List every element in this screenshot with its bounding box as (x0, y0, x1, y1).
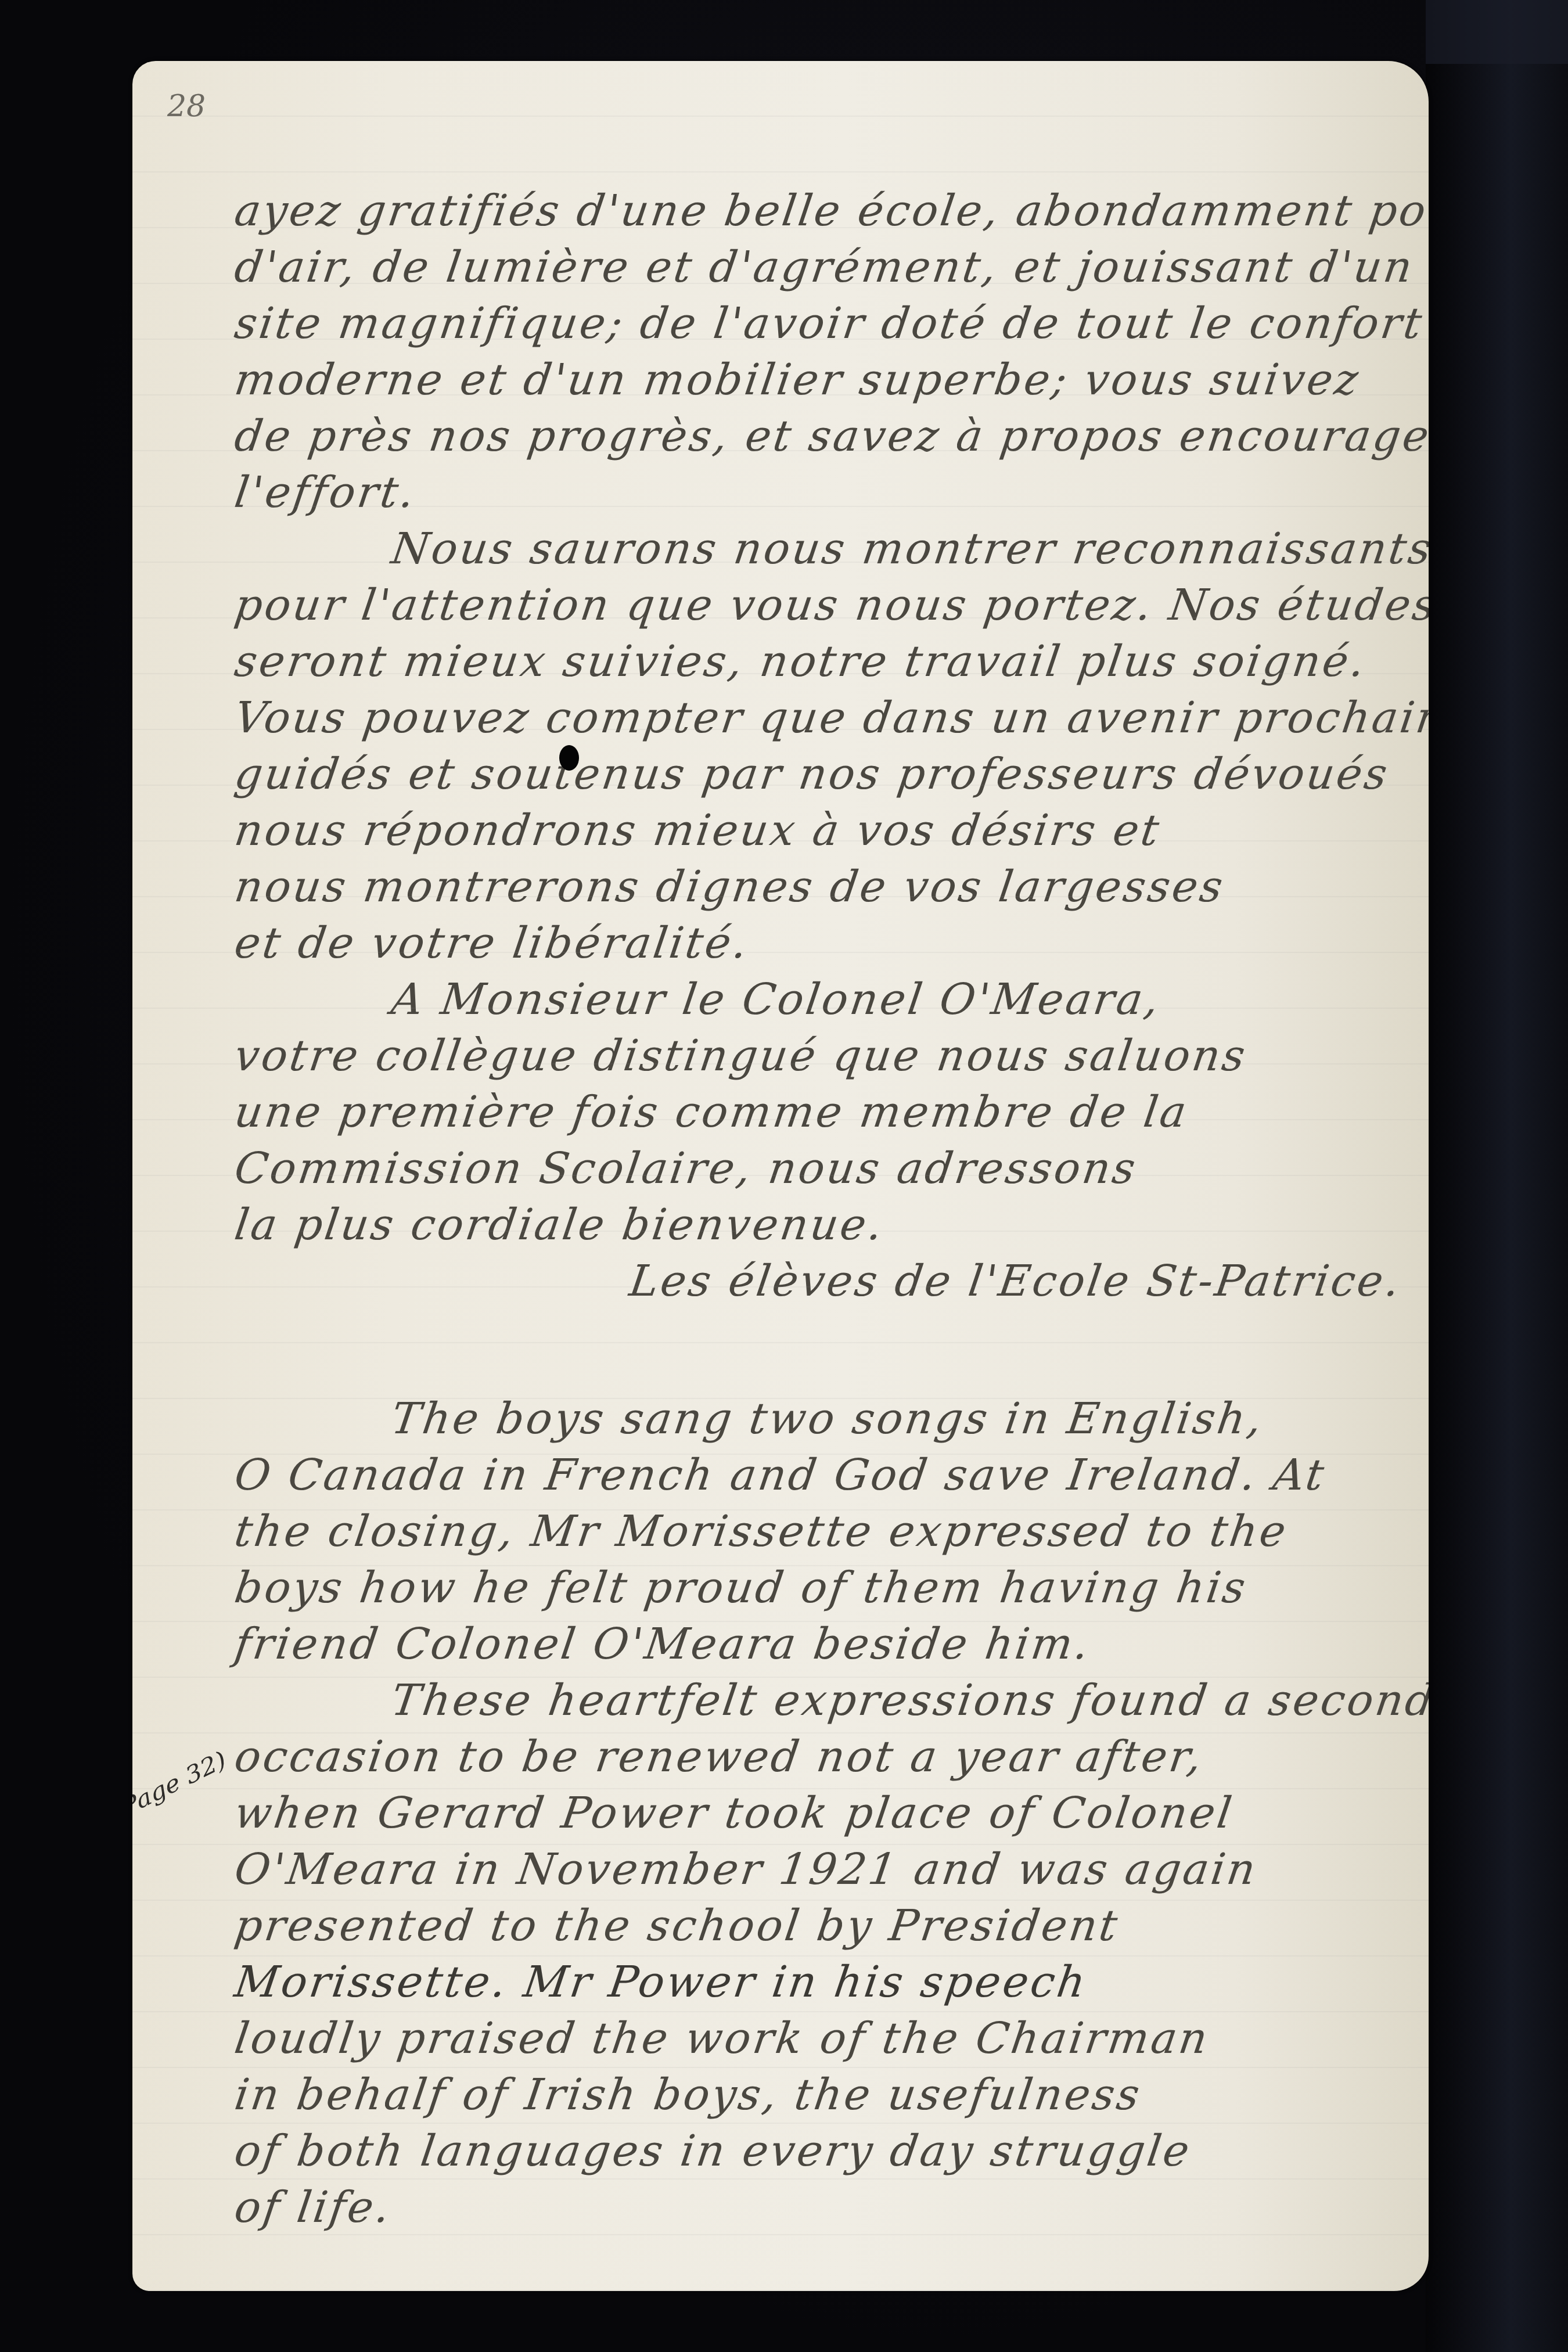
text-line: guidés et soutenus par nos professeurs d… (231, 746, 1429, 803)
text-line: of life. (231, 2180, 1429, 2236)
text-line: site magnifique; de l'avoir doté de tout… (231, 296, 1429, 352)
text-line: pour l'attention que vous nous portez. N… (231, 577, 1429, 634)
text-line: O Canada in French and God save Ireland.… (231, 1447, 1429, 1504)
scanned-page-photo: 28 ayez gratifiés d'une belle école, abo… (0, 0, 1568, 2352)
text-line: seront mieux suivies, notre travail plus… (231, 634, 1429, 690)
text-line: Nous saurons nous montrer reconnaissants (231, 521, 1429, 577)
text-line: in behalf of Irish boys, the usefulness (231, 2067, 1429, 2123)
manuscript-page: 28 ayez gratifiés d'une belle école, abo… (132, 61, 1429, 2291)
text-line: boys how he felt proud of them having hi… (231, 1560, 1429, 1616)
text-line: the closing, Mr Morissette expressed to … (231, 1504, 1429, 1560)
text-line: votre collègue distingué que nous saluon… (231, 1028, 1429, 1084)
text-line-content: when Gerard Power took place of Colonel (232, 1788, 1237, 1838)
text-line: une première fois comme membre de la (231, 1084, 1429, 1141)
text-line-with-margin-note: (Page 32) when Gerard Power took place o… (231, 1785, 1429, 1842)
text-line: et de votre libéralité. (231, 915, 1429, 972)
book-binding-edge (1426, 0, 1568, 2352)
text-line: These heartfelt expressions found a seco… (231, 1673, 1429, 1729)
text-line: of both languages in every day struggle (231, 2123, 1429, 2180)
text-line: ayez gratifiés d'une belle école, abonda… (231, 183, 1429, 239)
handwritten-text-block: ayez gratifiés d'une belle école, abonda… (231, 183, 1429, 2236)
text-line: moderne et d'un mobilier superbe; vous s… (231, 352, 1429, 408)
text-line: nous montrerons dignes de vos largesses (231, 859, 1429, 915)
text-line: l'effort. (231, 465, 1429, 521)
text-line: O'Meara in November 1921 and was again (231, 1842, 1429, 1898)
text-line: d'air, de lumière et d'agrément, et joui… (231, 239, 1429, 296)
text-line: Vous pouvez compter que dans un avenir p… (231, 690, 1429, 746)
book-cover-corner (1426, 0, 1568, 64)
text-line: loudly praised the work of the Chairman (231, 2011, 1429, 2067)
text-line: friend Colonel O'Meara beside him. (231, 1616, 1429, 1673)
text-line: The boys sang two songs in English, (231, 1391, 1429, 1447)
text-line: de près nos progrès, et savez à propos e… (231, 408, 1429, 465)
blank-line (231, 1310, 1429, 1391)
text-line: la plus cordiale bienvenue. (231, 1197, 1429, 1253)
page-number: 28 (167, 89, 206, 124)
margin-note: (Page 32) (132, 1733, 235, 1838)
ink-blot (559, 745, 579, 771)
text-line: occasion to be renewed not a year after, (231, 1729, 1429, 1785)
signature-line: Les élèves de l'Ecole St-Patrice. (231, 1253, 1429, 1310)
text-line: A Monsieur le Colonel O'Meara, (231, 972, 1429, 1028)
text-line: nous répondrons mieux à vos désirs et (231, 803, 1429, 859)
text-line: presented to the school by President (231, 1898, 1429, 1954)
text-line: Commission Scolaire, nous adressons (231, 1141, 1429, 1197)
text-line: Morissette. Mr Power in his speech (231, 1954, 1429, 2011)
